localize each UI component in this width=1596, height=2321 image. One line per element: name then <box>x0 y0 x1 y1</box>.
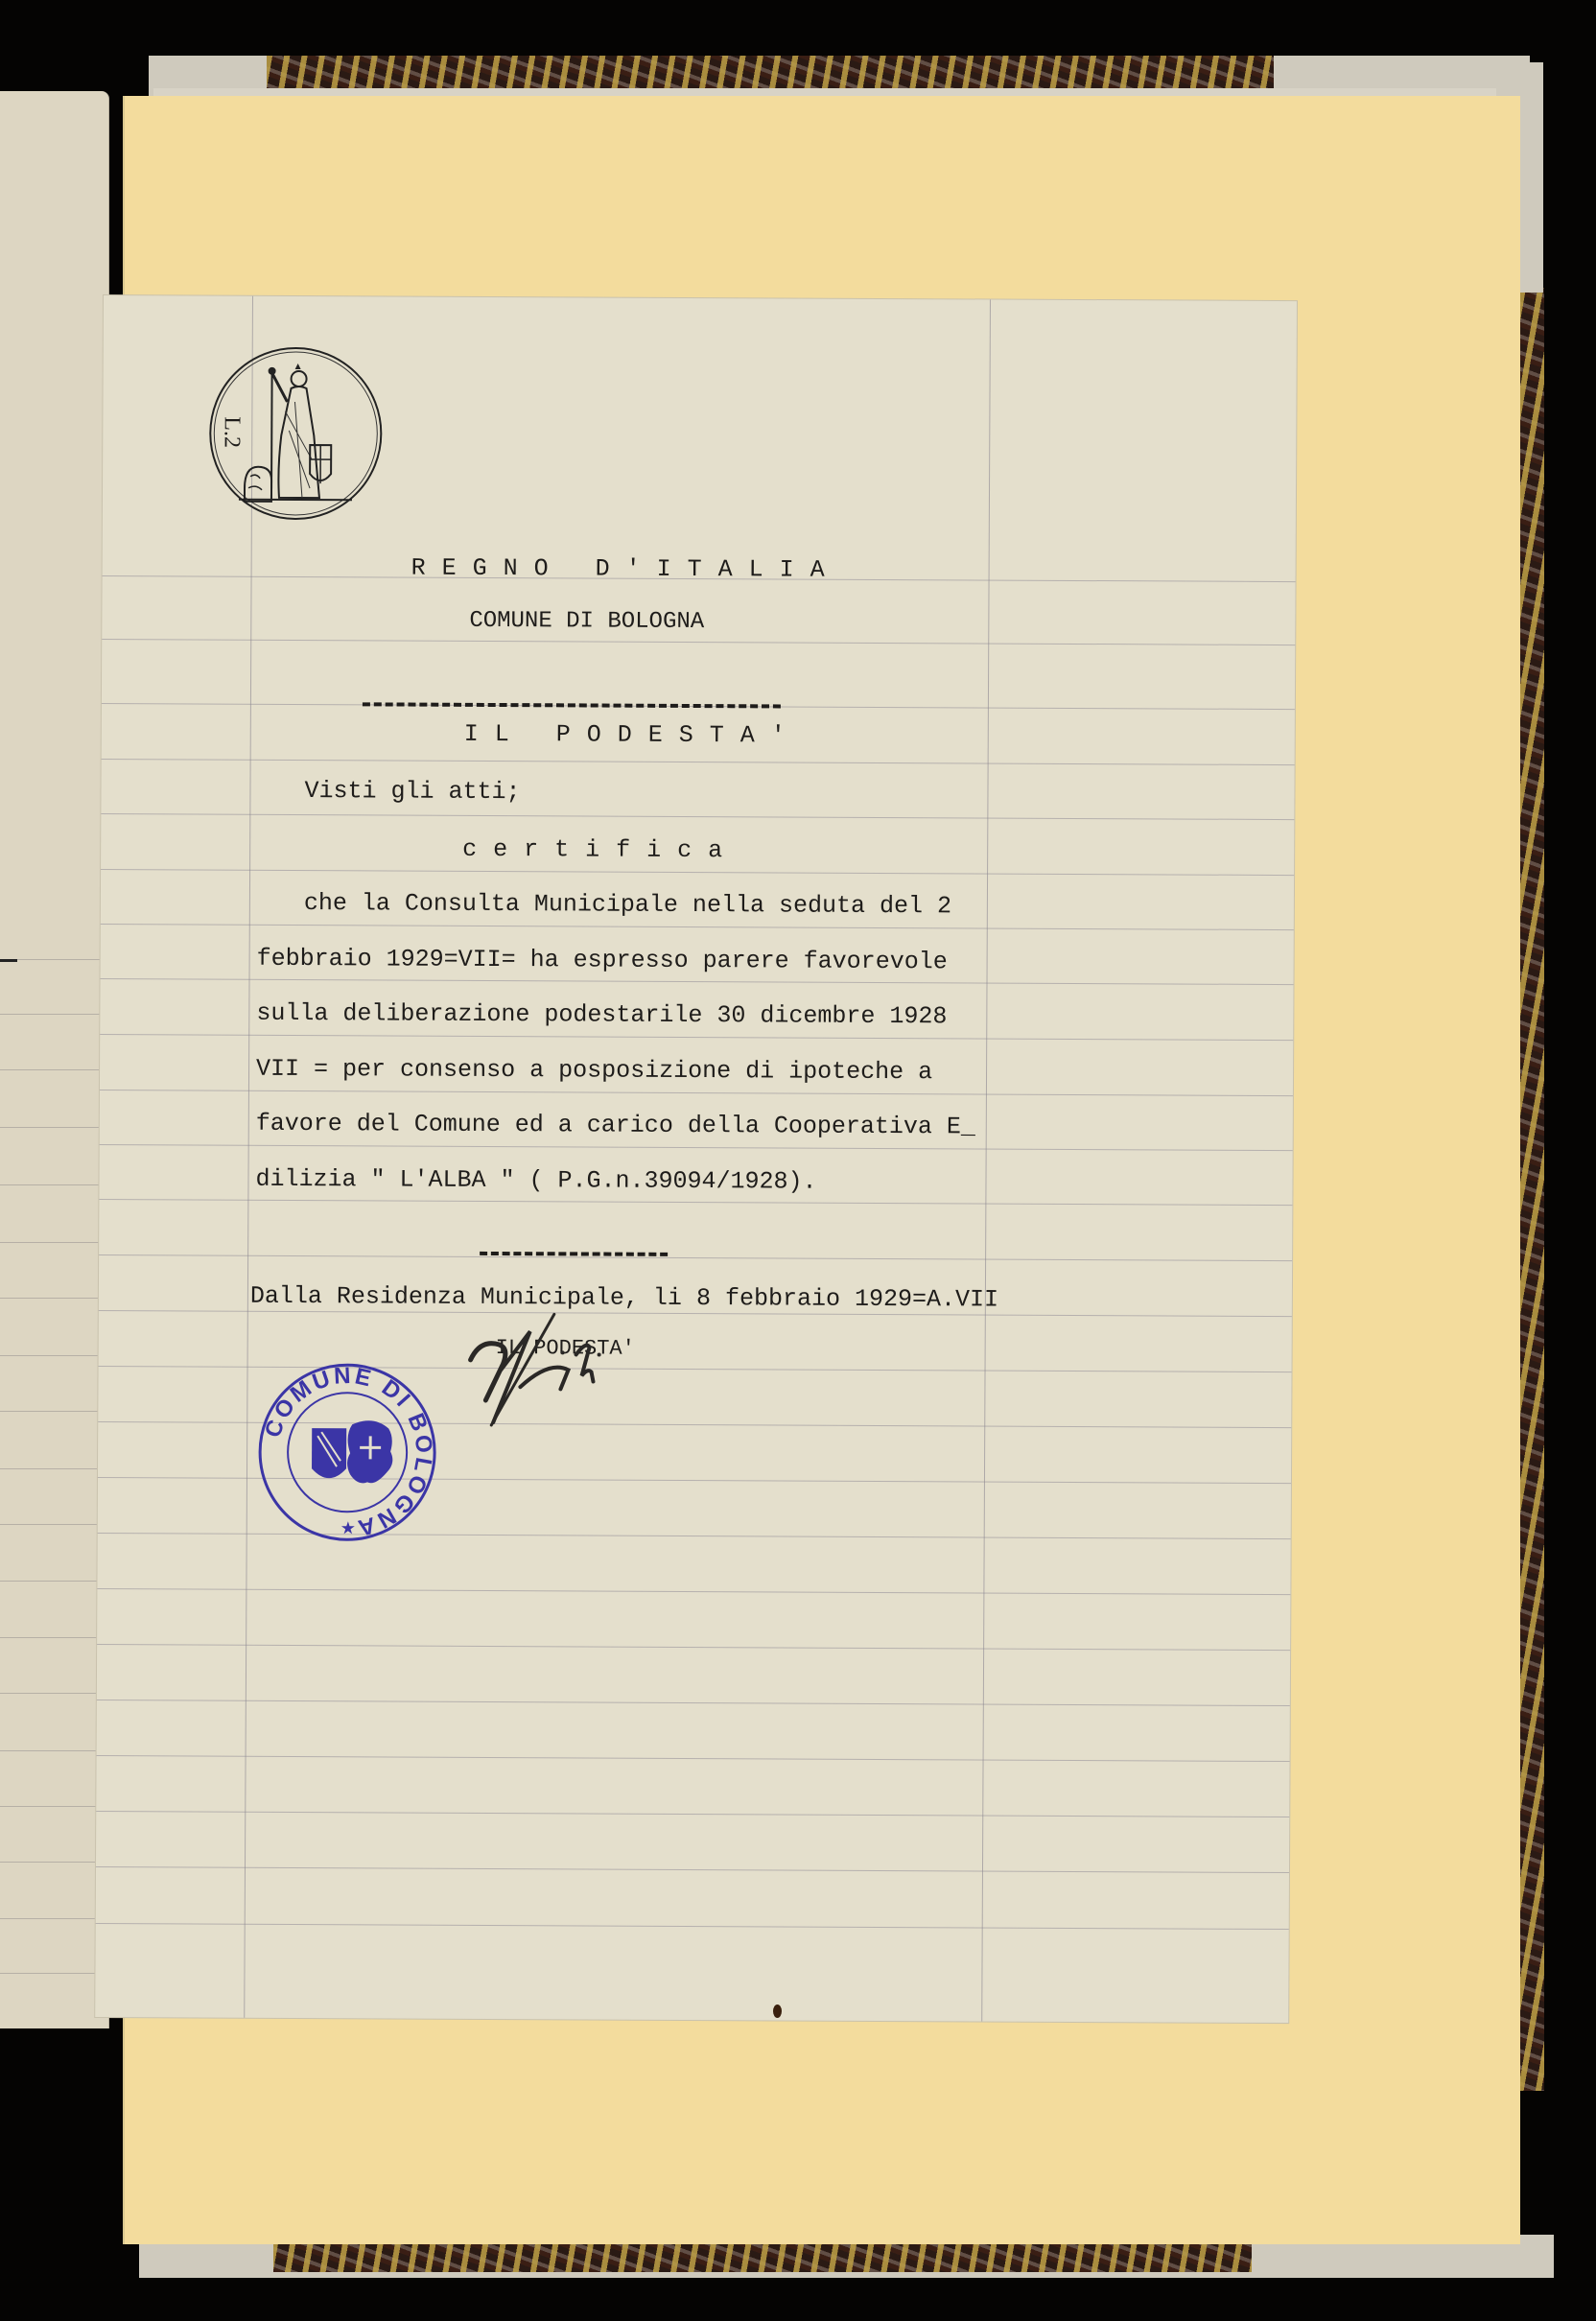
body-line: dilizia " L'ALBA " ( P.G.n.39094/1928). <box>255 1167 816 1194</box>
marbled-cover-right <box>1520 288 1544 2091</box>
document-sheet: L.2 REGNO D'ITALIA COMUNE DI BOLOGNA IL … <box>95 295 1297 2023</box>
municipal-stamp: COMUNE DI BOLOGNA ★ <box>256 1361 439 1544</box>
burn-hole <box>773 2004 782 2018</box>
municipal-coat-of-arms-icon <box>312 1420 393 1484</box>
marbled-cover-top <box>267 56 1274 92</box>
preamble: Visti gli atti; <box>304 779 520 804</box>
body-line: febbraio 1929=VII= ha espresso parere fa… <box>257 947 948 974</box>
kingdom-heading: REGNO D'ITALIA <box>411 556 841 582</box>
left-book-page <box>0 91 109 2028</box>
handwritten-signature-icon <box>462 1312 626 1438</box>
emblem-denomination: L.2 <box>221 416 244 448</box>
body-line: sulla deliberazione podestarile 30 dicem… <box>256 1001 947 1029</box>
certifica-verb: certifica <box>462 837 739 862</box>
italia-turrita-figure-icon: L.2 <box>206 344 386 524</box>
body-line: VII = per consenso a posposizione di ipo… <box>256 1057 932 1084</box>
book-board-right <box>1518 62 1543 293</box>
left-page-text-fragment <box>0 959 17 962</box>
body-line: che la Consulta Municipale nella seduta … <box>304 891 951 918</box>
authority-heading: IL PODESTA' <box>464 722 802 748</box>
place-date: Dalla Residenza Municipale, li 8 febbrai… <box>250 1284 998 1312</box>
municipality-heading: COMUNE DI BOLOGNA <box>469 610 704 634</box>
header-separator <box>363 702 781 708</box>
body-line: favore del Comune ed a carico della Coop… <box>256 1112 975 1139</box>
svg-text:★: ★ <box>340 1518 356 1538</box>
